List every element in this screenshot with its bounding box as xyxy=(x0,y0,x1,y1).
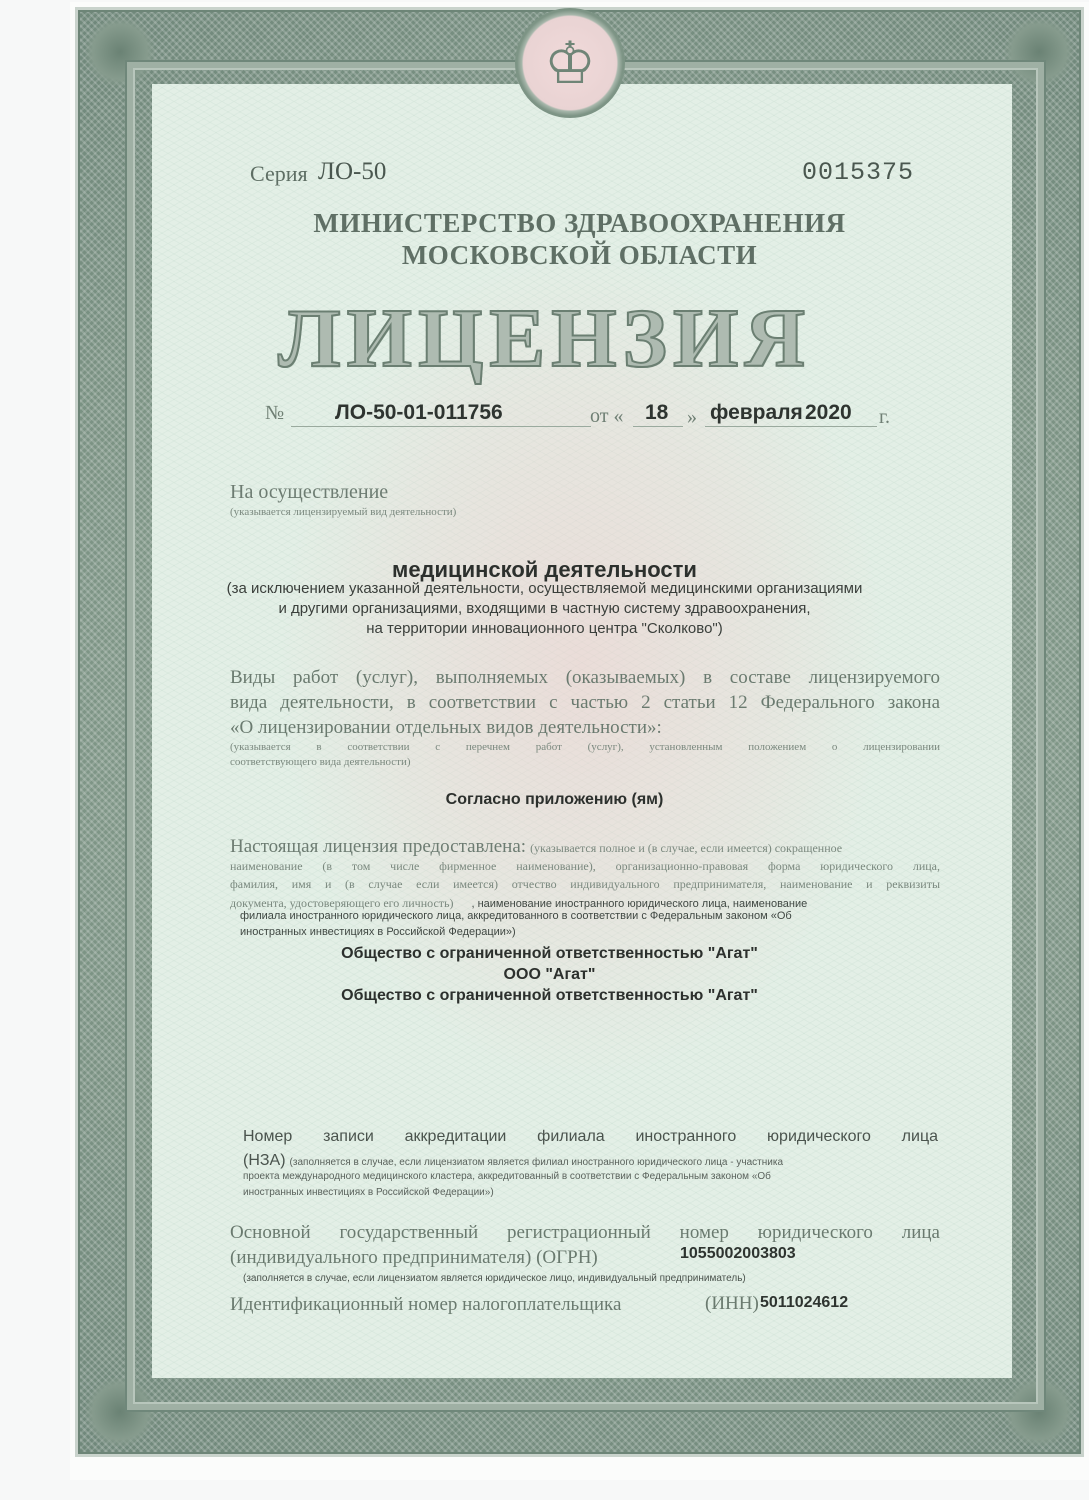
inn-value: 5011024612 xyxy=(760,1294,848,1312)
activity-note-line: (за исключением указанной деятельности, … xyxy=(0,580,1089,597)
licensee-hint-bold-line: филиала иностранного юридического лица, … xyxy=(240,910,792,922)
document-title: ЛИЦЕНЗИЯ xyxy=(0,290,1089,387)
ogrn-hint: (заполняется в случае, если лицензиатом … xyxy=(243,1273,746,1284)
license-day: 18 xyxy=(645,401,668,425)
year-suffix: г. xyxy=(879,406,890,429)
nza-row: (НЗА) (заполняется в случае, если лиценз… xyxy=(243,1152,783,1170)
underline xyxy=(633,425,683,427)
licensee-hint-bold: , наименование иностранного юридического… xyxy=(471,898,807,910)
license-year: 2020 xyxy=(805,401,852,425)
form-number: 0015375 xyxy=(802,158,914,187)
licensee-short-name: ООО "Агат" xyxy=(5,966,1089,984)
inn-label: Идентификационный номер налогоплательщик… xyxy=(230,1294,621,1316)
activity-hint: (указывается лицензируемый вид деятельно… xyxy=(230,506,456,518)
licensee-hint-line: наименование (в том числе фирменное наим… xyxy=(230,859,940,874)
close-quote: » xyxy=(687,406,697,429)
license-month: февраля xyxy=(710,401,803,425)
license-number-line: № ЛО-50-01-011756 от « 18 » февраля 2020… xyxy=(265,397,890,431)
ogrn-label-line2: (индивидуального предпринимателя) (ОГРН) xyxy=(230,1247,598,1269)
licensee-hint-line: фамилия, имя и (в случае если имеется) о… xyxy=(230,877,940,892)
licensee-hint-bold-line: иностранных инвестициях в Российской Фед… xyxy=(240,926,516,938)
activity-label: На осуществление xyxy=(230,481,388,504)
nza-hint-inline: (заполняется в случае, если лицензиатом … xyxy=(290,1157,783,1168)
series-value: ЛО-50 xyxy=(318,158,386,186)
number-sign: № xyxy=(265,402,284,425)
nza-hint-line: проекта международного медицинского клас… xyxy=(243,1171,771,1182)
activity-note-line: и другими организациями, входящими в час… xyxy=(0,600,1089,617)
works-hint-line: соответствующего вида деятельности) xyxy=(230,756,411,768)
nza-code: (НЗА) xyxy=(243,1152,286,1169)
works-value: Согласно приложению (ям) xyxy=(10,791,1089,809)
ogrn-value: 1055002003803 xyxy=(680,1245,796,1263)
ministry-name-line1: МИНИСТЕРСТВО ЗДРАВООХРАНЕНИЯ xyxy=(35,208,1089,239)
license-number: ЛО-50-01-011756 xyxy=(335,401,503,425)
licensee-hint-line: документа, удостоверяющего его личность) xyxy=(230,896,453,910)
nza-hint-line: иностранных инвестициях в Российской Фед… xyxy=(243,1187,494,1198)
works-text-line: Виды работ (услуг), выполняемых (оказыва… xyxy=(230,667,940,689)
works-text-line: «О лицензировании отдельных видов деятел… xyxy=(230,717,662,739)
licensee-brand-name: Общество с ограниченной ответственностью… xyxy=(5,987,1089,1005)
double-headed-eagle-icon: ♔ xyxy=(544,34,596,92)
licensee-hint-inline: (указывается полное и (в случае, если им… xyxy=(530,841,842,855)
licensee-label-row: Настоящая лицензия предоставлена: (указы… xyxy=(230,836,842,858)
ministry-name-line2: МОСКОВСКОЙ ОБЛАСТИ xyxy=(35,240,1089,271)
licensee-label: Настоящая лицензия предоставлена: xyxy=(230,836,526,857)
nza-label: Номер записи аккредитации филиала иностр… xyxy=(243,1128,938,1146)
series-label: Серия xyxy=(250,161,308,187)
works-hint-line: (указывается в соответствии с перечнем р… xyxy=(230,741,940,753)
works-text-line: вида деятельности, в соответствии с част… xyxy=(230,692,940,714)
coat-of-arms: ♔ xyxy=(515,8,625,118)
date-from-label: от « xyxy=(590,405,623,428)
licensee-full-name: Общество с ограниченной ответственностью… xyxy=(5,945,1089,963)
ogrn-label-line1: Основной государственный регистрационный… xyxy=(230,1222,940,1244)
underline xyxy=(291,425,591,427)
activity-note-line: на территории инновационного центра "Ско… xyxy=(0,620,1089,637)
underline xyxy=(705,425,877,427)
inn-code: (ИНН) xyxy=(705,1293,759,1315)
